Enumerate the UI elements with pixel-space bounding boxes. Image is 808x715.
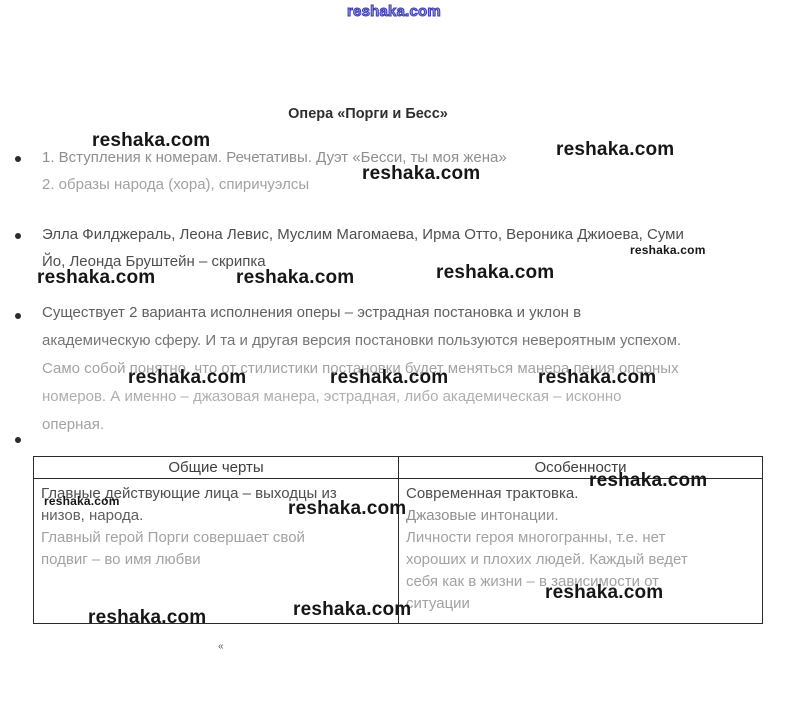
bullet-marker-3 (15, 313, 21, 319)
list-line: Существует 2 варианта исполнения оперы –… (42, 299, 681, 327)
watermark: reshaka.com (88, 607, 206, 629)
page-title: Опера «Порги и Бесс» (0, 106, 736, 122)
table-header-peculiarities: Особенности (398, 457, 762, 478)
bullet-marker-4 (15, 437, 21, 443)
bullet-marker-1 (15, 156, 21, 162)
watermark-top-blue: reshaka.com (347, 3, 441, 20)
watermark: reshaka.com (330, 367, 448, 389)
table-header-common-features: Общие черты (34, 457, 398, 478)
watermark: reshaka.com (362, 163, 480, 185)
watermark: reshaka.com (538, 367, 656, 389)
document-page: reshaka.com Опера «Порги и Бесс» 1. Всту… (0, 0, 808, 715)
list-line: оперная. (42, 411, 681, 439)
list-line: Элла Филджераль, Леона Левис, Муслим Маг… (42, 221, 684, 248)
watermark: reshaka.com (556, 139, 674, 161)
table-cell-line: Личности героя многогранны, т.е. нет (406, 527, 754, 549)
table-cell-line: подвиг – во имя любви (41, 549, 390, 571)
table-cell-line: хороших и плохих людей. Каждый ведет (406, 549, 754, 571)
watermark: reshaka.com (288, 498, 406, 520)
watermark: reshaka.com (293, 599, 411, 621)
watermark: reshaka.com (44, 494, 120, 508)
watermark: reshaka.com (236, 267, 354, 289)
watermark: reshaka.com (92, 130, 210, 152)
watermark: reshaka.com (128, 367, 246, 389)
stray-glyph: « (218, 641, 224, 652)
watermark: reshaka.com (630, 243, 706, 257)
table-cell-line: Джазовые интонации. (406, 505, 754, 527)
watermark: reshaka.com (436, 262, 554, 284)
watermark: reshaka.com (589, 470, 707, 492)
watermark: reshaka.com (545, 582, 663, 604)
bullet-marker-2 (15, 233, 21, 239)
list-line: академическую сферу. И та и другая верси… (42, 327, 681, 355)
table-cell-line: Главный герой Порги совершает свой (41, 527, 390, 549)
watermark: reshaka.com (37, 267, 155, 289)
